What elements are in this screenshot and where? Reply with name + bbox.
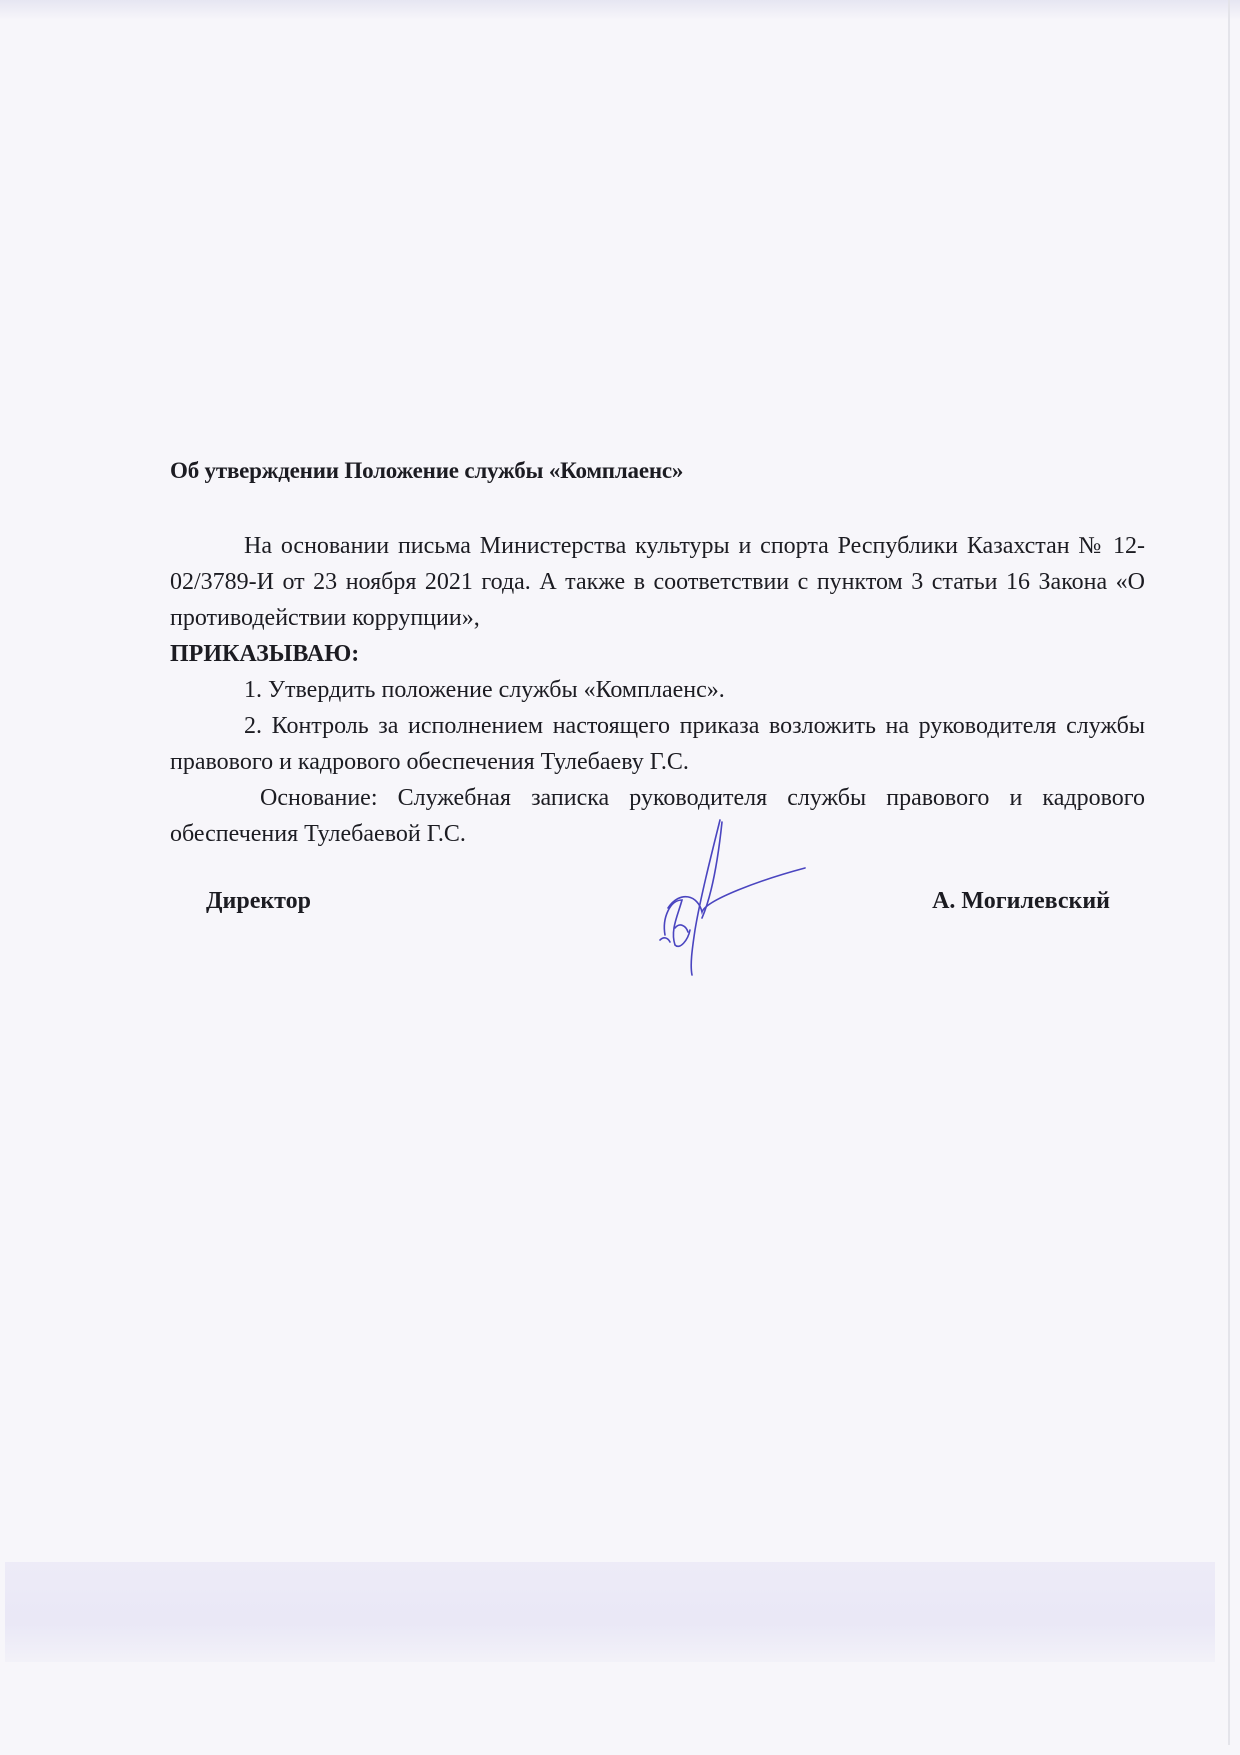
order-item-2: 2. Контроль за исполнением настоящего пр… [170, 708, 1145, 780]
preamble-paragraph: На основании письма Министерства культур… [170, 528, 1145, 672]
signature-block: Директор А. Могилевский [170, 888, 1145, 928]
document-title: Об утверждении Положение службы «Комплае… [170, 458, 683, 484]
page-edge [1228, 0, 1230, 1745]
preamble-text: На основании письма Министерства культур… [170, 533, 1145, 631]
signatory-position: Директор [206, 888, 311, 915]
order-word: ПРИКАЗЫВАЮ: [170, 641, 359, 667]
signatory-name: А. Могилевский [932, 888, 1110, 915]
scan-artifact-top [0, 0, 1240, 20]
order-item-1: 1. Утвердить положение службы «Комплаенс… [170, 672, 1145, 708]
scan-artifact-bottom [5, 1562, 1215, 1662]
